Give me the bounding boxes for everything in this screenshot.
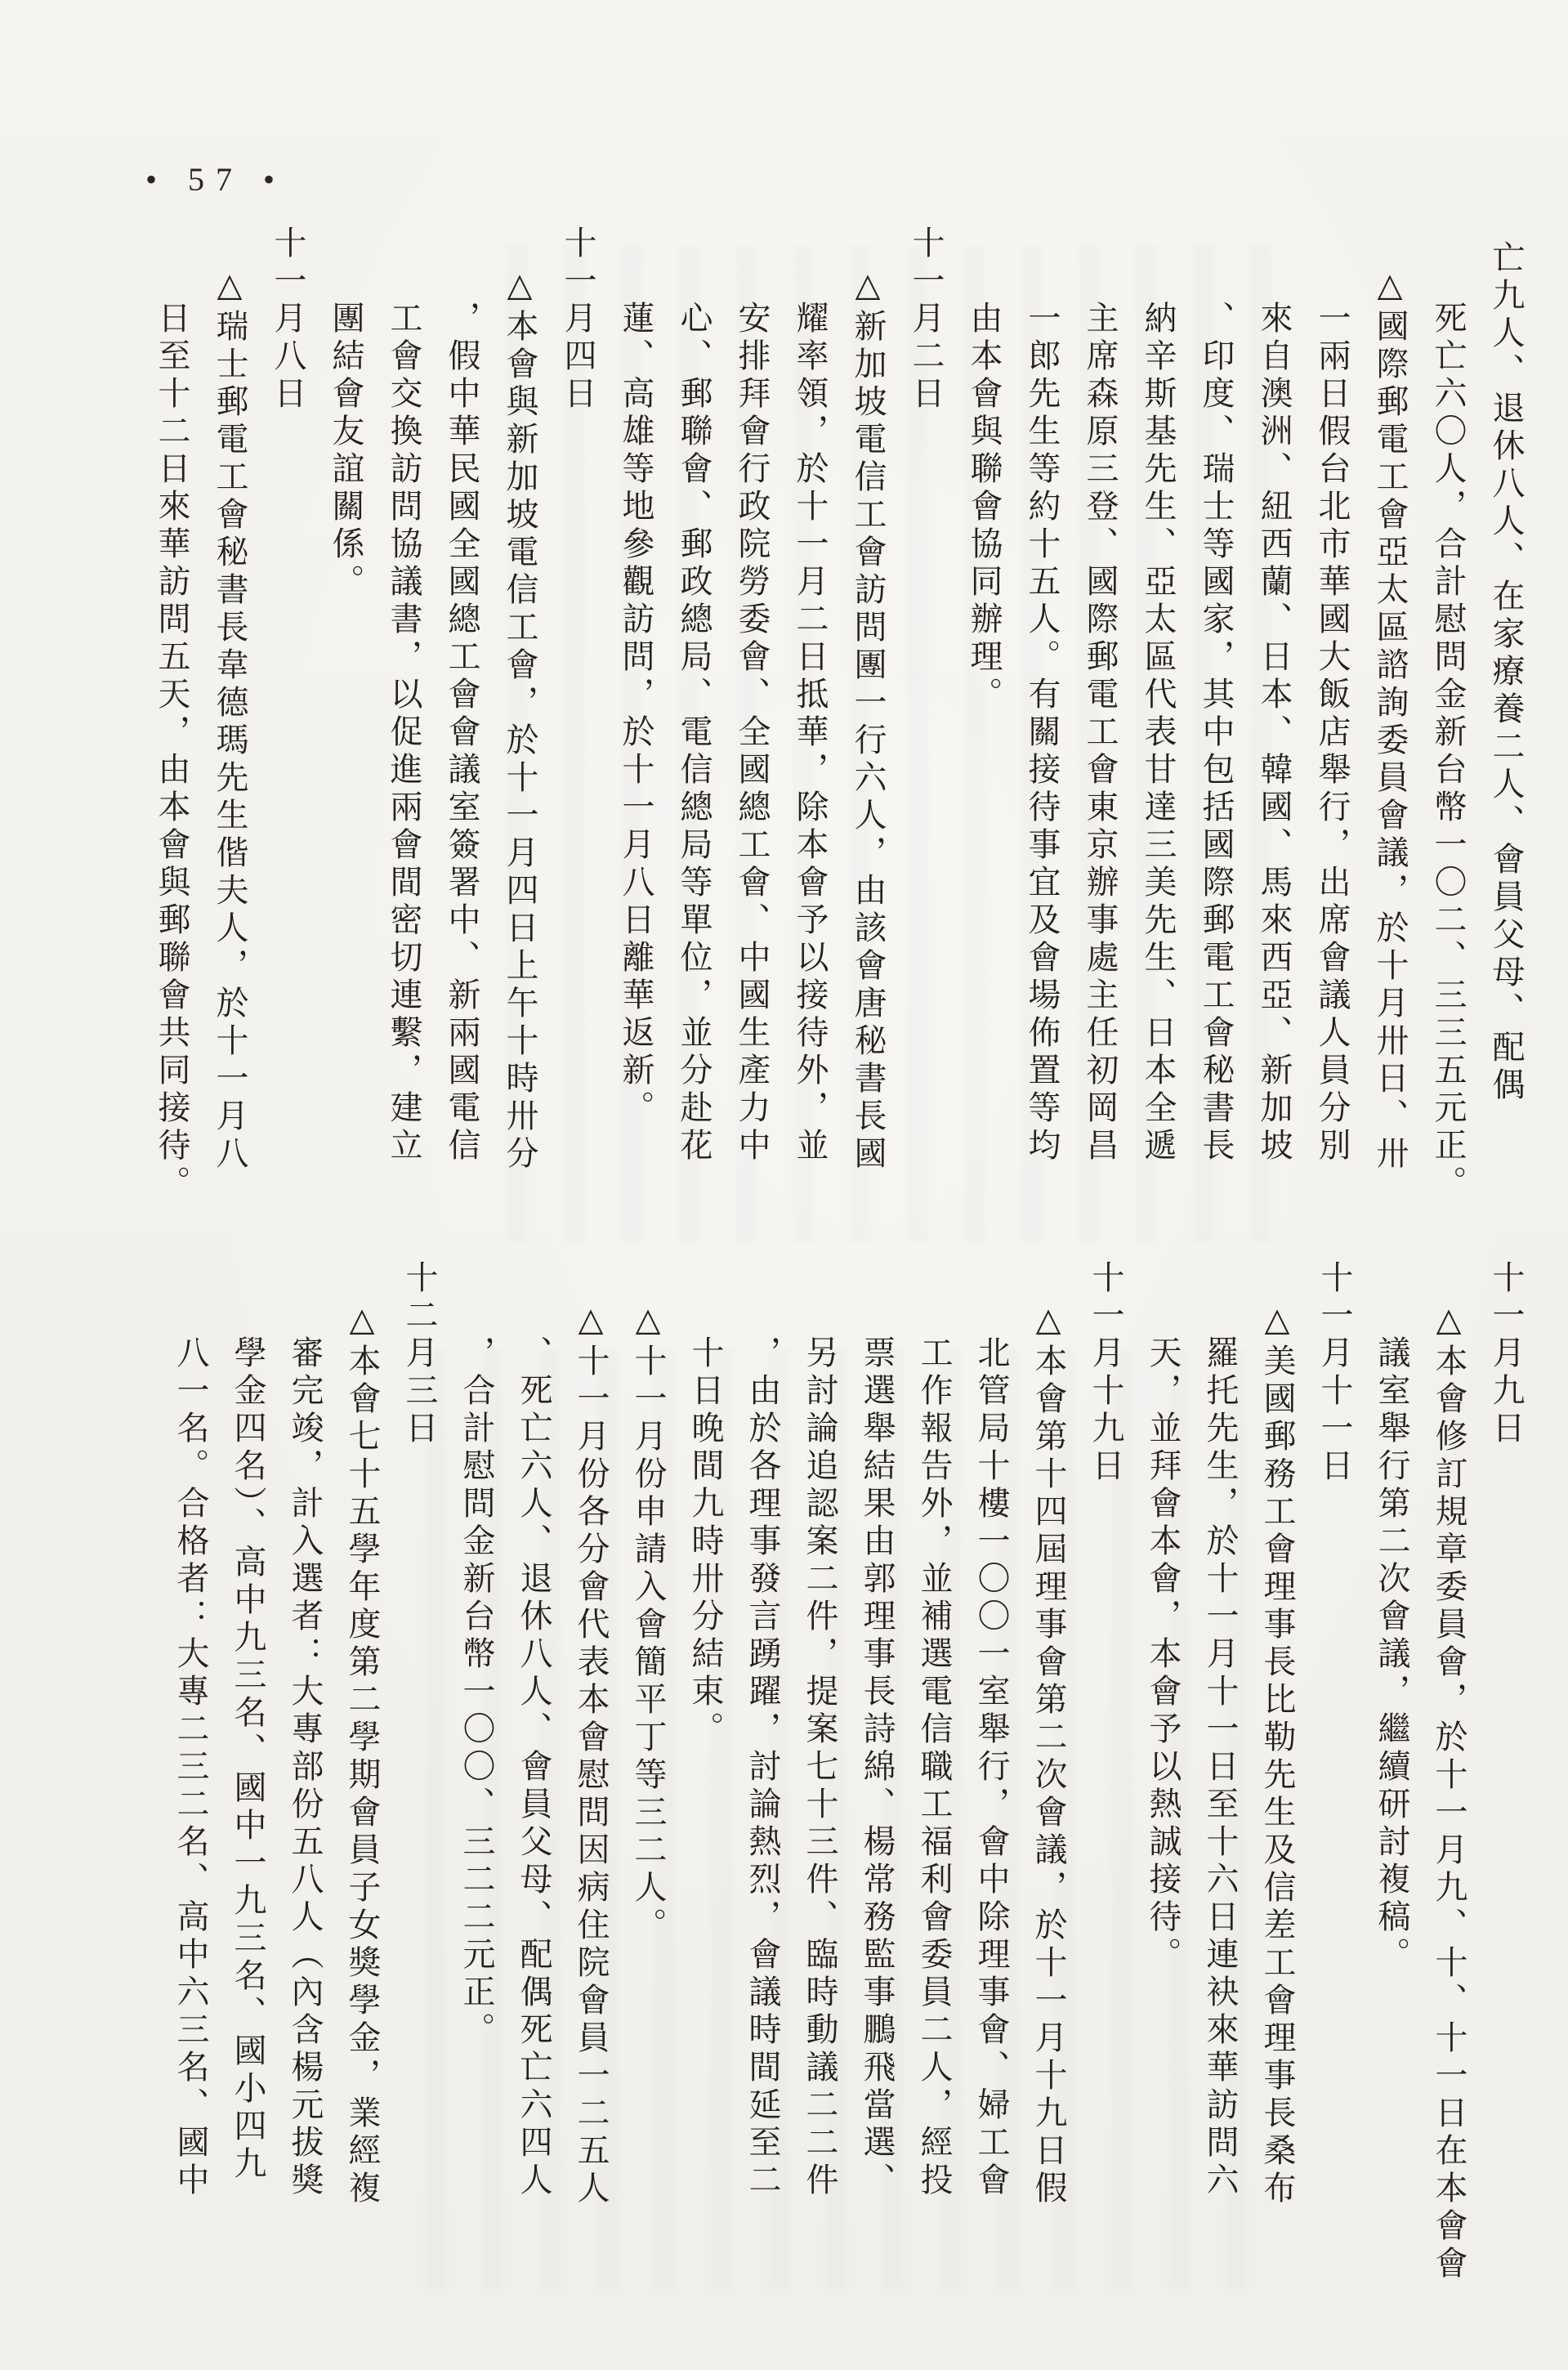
text-column: △美國郵務工會理事長比勒先生及信差工會理事長桑布 [1261, 1260, 1293, 2359]
text-column: 羅托先生，於十一月十一日至十六日連袂來華訪問六 [1204, 1260, 1236, 2359]
text-column: 議室舉行第二次會議，繼續研討複稿。 [1375, 1260, 1408, 2359]
text-column: △本會七十五學年度第二學期會員子女獎學金，業經複 [346, 1260, 378, 2359]
text-column: 一郎先生等約十五人。有關接待事宜及會場佈置等均 [1025, 226, 1058, 1276]
text-column: 納辛斯基先生、亞太區代表甘達三美先生、日本全遞 [1141, 226, 1174, 1276]
text-column: 八一名。合格者：大專二三二名、高中六三名、國中 [174, 1260, 207, 2359]
text-column: 心、郵聯會、郵政總局、電信總局等單位，並分赴花 [677, 226, 710, 1276]
text-column: 一兩日假台北市華國大飯店舉行，出席會議人員分別 [1316, 226, 1348, 1276]
date-heading-column: 十一月十九日 [1089, 1260, 1122, 2359]
text-column: △本會修訂規章委員會，於十一月九、十、十一日在本會會 [1432, 1260, 1465, 2359]
date-heading-column: 十一月十一日 [1318, 1260, 1351, 2359]
text-column: △本會第十四屆理事會第二次會議，於十一月十九日假 [1032, 1260, 1065, 2359]
text-column: 、印度、瑞士等國家，其中包括國際郵電工會秘書長 [1199, 226, 1232, 1276]
text-column: ，假中華民國全國總工會會議室簽署中、新兩國電信 [445, 226, 478, 1276]
text-column: 票選舉結果由郭理事長詩綿、楊常務監事鵬飛當選、 [860, 1260, 893, 2359]
text-column: △國際郵電工會亞太區諮詢委員會議，於十月卅日、卅 [1374, 226, 1406, 1276]
date-heading-column: 十一月四日 [561, 226, 594, 1276]
text-column: 北管局十樓一〇〇一室舉行，會中除理事會、婦工會 [975, 1260, 1007, 2359]
text-column: 安排拜會行政院勞委會、全國總工會、中國生產力中 [735, 226, 768, 1276]
text-column: 工會交換訪問協議書，以促進兩會間密切連繫，建立 [387, 226, 420, 1276]
scanned-page: • 57 • 亡九人、退休八人、在家療養二人、會員父母、配偶死亡六〇人，合計慰問… [0, 0, 1568, 2370]
text-column: 死亡六〇人，合計慰問金新台幣一〇二、三三五元正。 [1432, 226, 1464, 1276]
text-column: △十一月份各分會代表本會慰問因病住院會員一二五人 [574, 1260, 607, 2359]
text-column: 、死亡六人、退休八人、會員父母、配偶死亡六四人 [517, 1260, 550, 2359]
text-column: 十日晚間九時卅分結束。 [689, 1260, 721, 2359]
text-column: 由本會與聯會協同辦理。 [967, 226, 1000, 1276]
date-heading-column: 十二月三日 [403, 1260, 436, 2359]
text-column: 亡九人、退休八人、在家療養二人、會員父母、配偶 [1490, 226, 1522, 1276]
text-column: △十一月份申請入會簡平丁等三二人。 [632, 1260, 664, 2359]
text-column: 來自澳洲、紐西蘭、日本、韓國、馬來西亞、新加坡 [1258, 226, 1290, 1276]
date-heading-column: 十一月九日 [1490, 1260, 1522, 2359]
lower-text-block: 十一月九日△本會修訂規章委員會，於十一月九、十、十一日在本會會議室舉行第二次會議… [109, 1260, 1522, 2359]
text-column: 工作報告外，並補選電信職工福利會委員二人，經投 [918, 1260, 950, 2359]
text-column: 耀率領，於十一月二日抵華，除本會予以接待外，並 [793, 226, 826, 1276]
text-column: ，由於各理事發言踴躍，討論熱烈，會議時間延至二 [746, 1260, 779, 2359]
text-column: 天，並拜會本會，本會予以熱誠接待。 [1146, 1260, 1179, 2359]
text-column: △瑞士郵電工會秘書長韋德瑪先生偕夫人，於十一月八 [213, 226, 246, 1276]
text-column: △新加坡電信工會訪問團一行六人，由該會唐秘書長國 [851, 226, 884, 1276]
text-column: 學金四名）、高中九三名、國中一九三名、國小四九 [231, 1260, 264, 2359]
text-column: 另討論追認案二件，提案七十三件、臨時動議二二件 [803, 1260, 836, 2359]
text-column: 蓮、高雄等地參觀訪問，於十一月八日離華返新。 [619, 226, 652, 1276]
text-column: △本會與新加坡電信工會，於十一月四日上午十時卅分 [503, 226, 536, 1276]
page-number: • 57 • [145, 160, 286, 199]
text-column: 日至十二日來華訪問五天，由本會與郵聯會共同接待。 [155, 226, 188, 1276]
text-column: ，合計慰問金新台幣一〇〇、三二二元正。 [460, 1260, 493, 2359]
text-column: 主席森原三登、國際郵電工會東京辦事處主任初岡昌 [1083, 226, 1116, 1276]
date-heading-column: 十一月八日 [271, 226, 304, 1276]
text-column: 團結會友誼關係。 [329, 226, 362, 1276]
date-heading-column: 十一月二日 [909, 226, 942, 1276]
upper-text-block: 亡九人、退休八人、在家療養二人、會員父母、配偶死亡六〇人，合計慰問金新台幣一〇二… [109, 226, 1522, 1276]
text-column: 審完竣，計入選者：大專部份五八人（內含楊元拔獎 [288, 1260, 321, 2359]
